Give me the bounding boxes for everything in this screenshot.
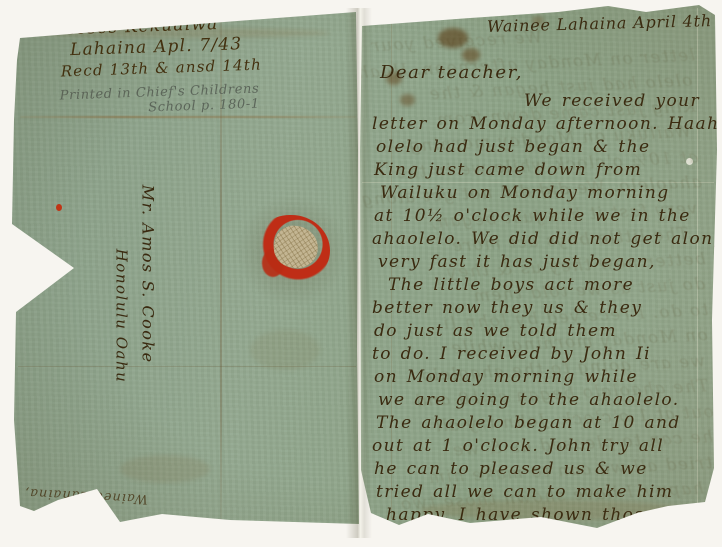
letter-line: he can to pleased us & we [374,458,712,481]
pencil-annotation: Printed in Chief's Childrens School p. 1… [60,82,261,119]
wax-fleck [56,204,62,211]
pencil-line-2: School p. 180-1 [148,97,260,116]
address-place: Honolulu Oahu [108,249,134,384]
letter-body: We received yourletter on Monday afterno… [372,90,712,527]
fold-crease-horizontal-2 [18,366,356,367]
address-block: Mr. Amos S. Cooke Honolulu Oahu [8,158,260,410]
letter-line: at 10½ o'clock while we in the [374,205,712,228]
letter-line: happy. I have shown those two [386,504,712,527]
letter-line: King just came down from [374,159,712,182]
address-recipient: Mr. Amos S. Cooke [134,185,160,384]
letter-line: olelo had just began & the [376,136,712,159]
letter-line: we are going to the ahaolelo. [378,389,712,412]
inverted-note: Wainee Lahaina, [24,485,149,506]
letter-line: The ahaolelo began at 10 and [376,412,712,435]
dateline: Wainee Lahaina April 4th [487,11,712,36]
letter-line: out at 1 o'clock. John try all [372,435,712,458]
salutation: Dear teacher, [380,62,523,83]
wax-seal [254,215,330,287]
letter-line: to do. I received by John Ii [372,343,712,366]
letter-line: letter on Monday afternoon. Haaho- [372,113,712,136]
ink-annotation: Moses Kekuaiwa Lahaina Apl. 7/43 Recd 13… [57,12,262,82]
letter-scan: Moses Kekuaiwa Lahaina Apl. 7/43 Recd 13… [0,0,722,547]
stain [120,455,210,483]
letter-line: ahaolelo. We did did not get along [372,228,712,251]
letter-line: on Monday morning while [374,366,712,389]
letter-line: better now they us & they [372,297,712,320]
stain [438,28,468,48]
letter-line: Wailuku on Monday morning [380,182,712,205]
stain [462,48,480,62]
letter-line: The little boys act more [388,274,712,297]
letter-line: do just as we told them [374,320,712,343]
letter-line: We received your [524,90,712,113]
letter-line: very fast it has just began, [378,251,712,274]
letter-line: tried all we can to make him [376,481,712,504]
stain [250,330,320,370]
